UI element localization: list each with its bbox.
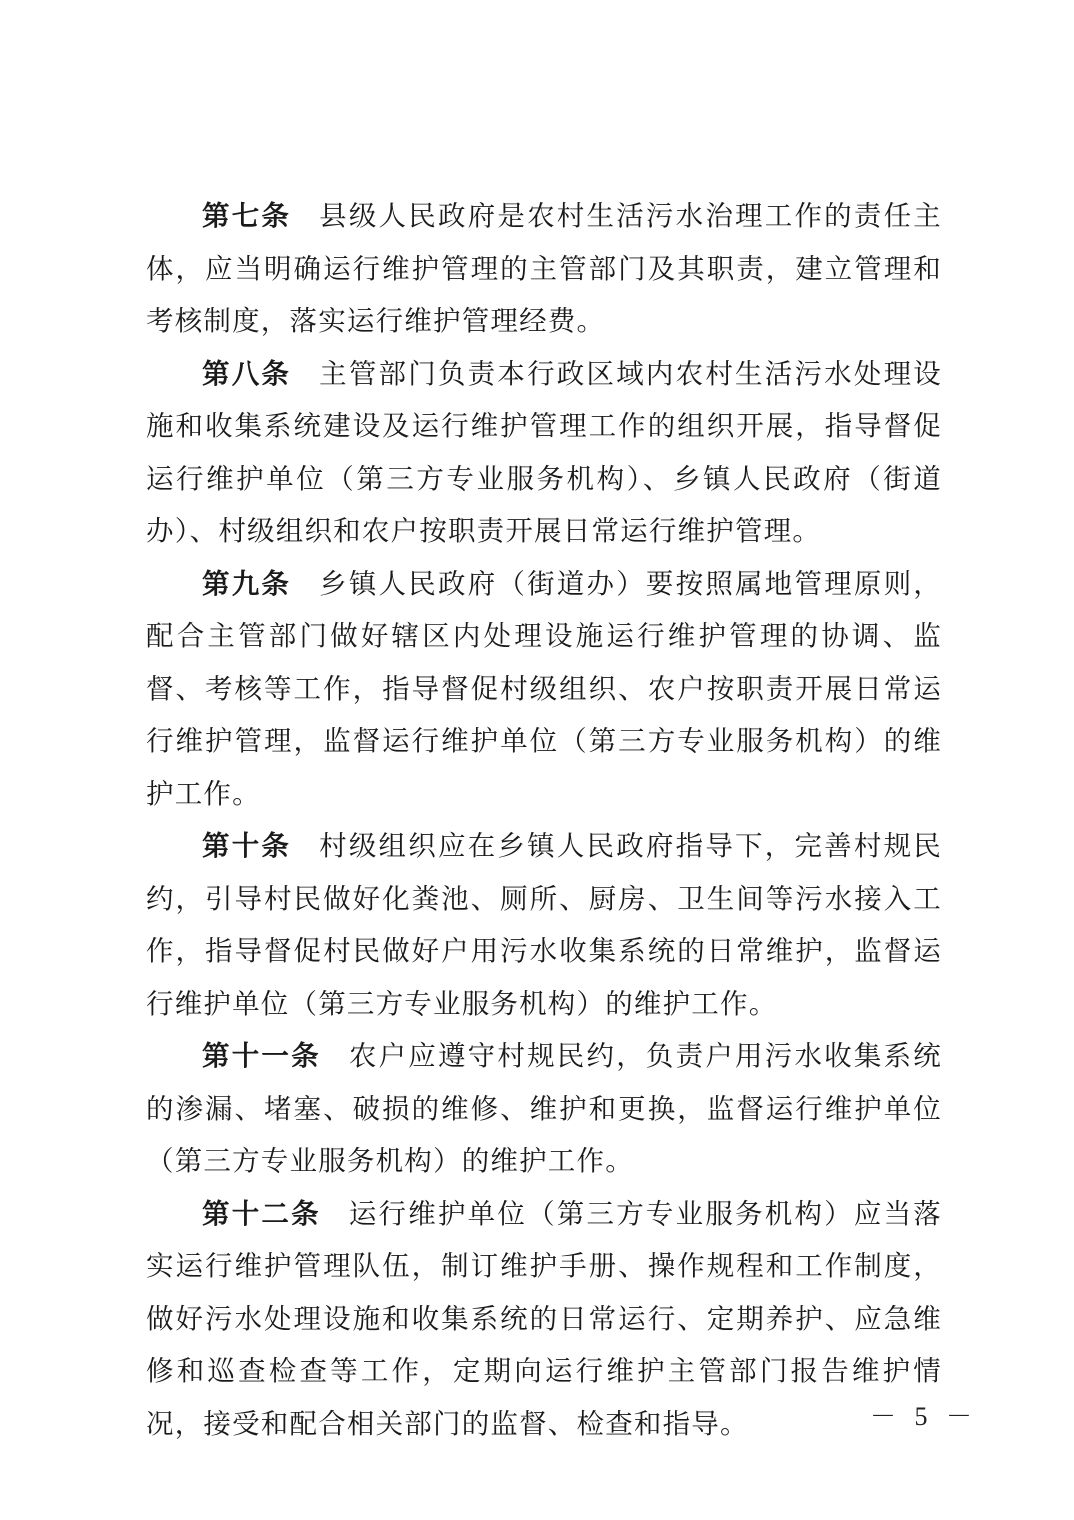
article-number: 第十条 xyxy=(202,830,291,862)
article-7: 第七条县级人民政府是农村生活污水治理工作的责任主体，应当明确运行维护管理的主管部… xyxy=(146,190,942,348)
article-text: 运行维护单位（第三方专业服务机构）应当落实运行维护管理队伍，制订维护手册、操作规… xyxy=(146,1198,942,1440)
article-number: 第九条 xyxy=(202,568,291,600)
page-number: － 5 － xyxy=(870,1396,978,1433)
article-number: 第十二条 xyxy=(202,1198,321,1230)
article-number: 第八条 xyxy=(202,358,291,390)
article-number: 第十一条 xyxy=(202,1040,321,1072)
article-9: 第九条乡镇人民政府（街道办）要按照属地管理原则，配合主管部门做好辖区内处理设施运… xyxy=(146,558,942,821)
article-11: 第十一条农户应遵守村规民约，负责户用污水收集系统的渗漏、堵塞、破损的维修、维护和… xyxy=(146,1030,942,1188)
article-text: 乡镇人民政府（街道办）要按照属地管理原则，配合主管部门做好辖区内处理设施运行维护… xyxy=(146,568,942,810)
document-page: 第七条县级人民政府是农村生活污水治理工作的责任主体，应当明确运行维护管理的主管部… xyxy=(146,190,942,1450)
article-number: 第七条 xyxy=(202,200,291,232)
article-12: 第十二条运行维护单位（第三方专业服务机构）应当落实运行维护管理队伍，制订维护手册… xyxy=(146,1188,942,1451)
article-8: 第八条主管部门负责本行政区域内农村生活污水处理设施和收集系统建设及运行维护管理工… xyxy=(146,348,942,558)
article-10: 第十条村级组织应在乡镇人民政府指导下，完善村规民约，引导村民做好化粪池、厕所、厨… xyxy=(146,820,942,1030)
